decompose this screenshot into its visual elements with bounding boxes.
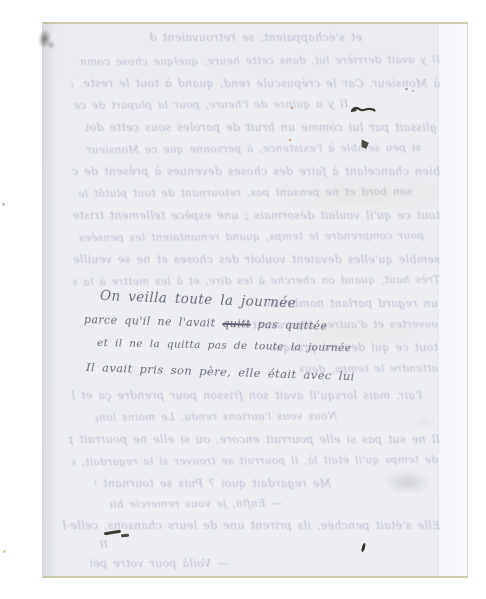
bleedthrough-line: pour comprendre le temps, quand remontai… xyxy=(72,229,424,247)
bleedthrough-line: Il y a quinze de l'heure, pour la plupar… xyxy=(72,97,348,115)
bleedthrough-line: semble qu'elles devaient vouloir des cho… xyxy=(72,252,440,268)
bleedthrough-line: l'air, mais lorsqu'il avait son frisson … xyxy=(70,388,422,404)
dust-speck xyxy=(405,88,408,90)
rust-speck xyxy=(289,139,291,141)
bleedthrough-line: Me regardait quoi ? Puis se tournant ver… xyxy=(95,476,331,492)
struck-word: quitt xyxy=(222,317,251,331)
bleedthrough-line: Il ne sut pas si elle pourrait encore, o… xyxy=(68,432,440,448)
bleedthrough-line: bien chancelant à faire des choses deven… xyxy=(72,164,440,180)
bleedthrough-line: tout ce qu'il voulait désormais ; une es… xyxy=(72,208,440,224)
bleedthrough-line: Il xyxy=(92,538,108,554)
bleedthrough-line: — Voilà pour votre peine. xyxy=(90,556,228,572)
page-right-margin-fold xyxy=(438,24,467,576)
bleedthrough-line: Nous vous l'aurions rendu. Le moins long… xyxy=(95,409,337,427)
bleedthrough-line: Il y avait derrière lui, dans cette heur… xyxy=(80,53,440,72)
bleedthrough-line: si peu semble à l'existence, à personne … xyxy=(85,141,421,159)
dust-speck xyxy=(2,203,5,206)
dust-speck xyxy=(3,550,6,553)
manuscript-scan: et s'échappaient, se retrouvaient dans l… xyxy=(0,0,486,599)
bleedthrough-line: son bord et ne pensant pas, retournant d… xyxy=(72,185,412,203)
line2-text-after: pas quittée xyxy=(251,318,328,333)
pencil-smudge-small xyxy=(47,41,55,49)
bleedthrough-line: glissait par lui comme un bruit de parol… xyxy=(85,120,437,136)
bleedthrough-line: — Enfin, je vous remercie bien. xyxy=(110,496,282,513)
bleedthrough-line: à Monsieur. Car le crépuscule rend, quan… xyxy=(72,76,440,92)
dust-speck xyxy=(412,90,414,92)
bleedthrough-line: et s'échappaient, se retrouvaient dans l… xyxy=(150,30,362,46)
ink-flourish-mark xyxy=(350,100,376,110)
rust-speck xyxy=(291,107,293,109)
bleedthrough-line: de temps qu'il était là, il pourrait se … xyxy=(72,453,438,472)
